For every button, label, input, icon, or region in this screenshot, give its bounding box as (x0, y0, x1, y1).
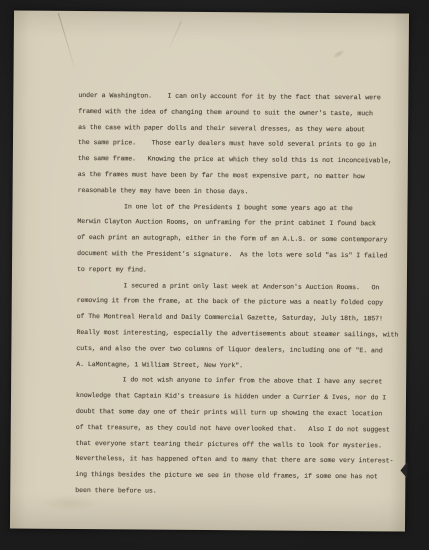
scan-background: under a Washington. I can only account f… (0, 0, 429, 550)
paper-crease (167, 21, 182, 52)
paper-crease (58, 13, 75, 67)
letter-page: under a Washington. I can only account f… (10, 10, 409, 531)
typewritten-text-block: under a Washington. I can only account f… (75, 88, 410, 501)
typewritten-line: been there before us. (75, 483, 407, 501)
paper-smudge (331, 48, 346, 60)
typewritten-line: of that treasure, as they could not have… (76, 420, 408, 438)
